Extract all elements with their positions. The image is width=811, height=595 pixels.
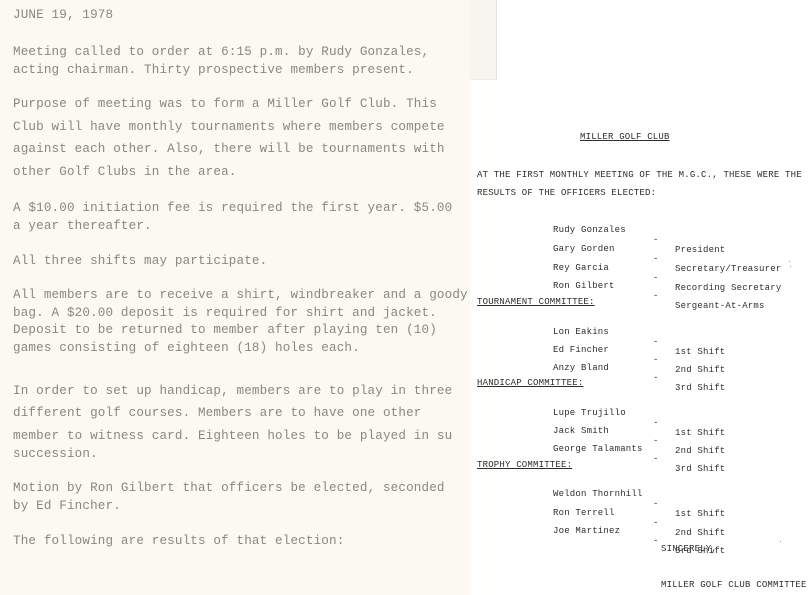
- committee-heading-handicap: HANDICAP COMMITTEE:: [477, 378, 583, 388]
- member-shift: 1st Shift: [675, 509, 725, 519]
- minutes-page-edge: [470, 0, 497, 80]
- member-name: Joe Martinez: [553, 526, 620, 536]
- minutes-line: Club will have monthly tournaments where…: [13, 120, 445, 134]
- election-results-page: MILLER GOLF CLUB AT THE FIRST MONTHLY ME…: [497, 0, 811, 595]
- member-shift: 1st Shift: [675, 428, 725, 438]
- member-shift: 1st Shift: [675, 347, 725, 357]
- minutes-line: succession.: [13, 447, 98, 461]
- meeting-minutes-page: JUNE 19, 1978 Meeting called to order at…: [0, 0, 470, 595]
- committee-heading-trophy: TROPHY COMMITTEE:: [477, 460, 572, 470]
- scan-speck: [780, 541, 781, 542]
- officer-row: Ron Gilbert - Sergeant-At-Arms: [553, 271, 587, 321]
- minutes-line: Motion by Ron Gilbert that officers be e…: [13, 481, 445, 495]
- separator: -: [653, 418, 659, 428]
- minutes-line: acting chairman. Thirty prospective memb…: [13, 63, 414, 77]
- minutes-line: A $10.00 initiation fee is required the …: [13, 201, 452, 215]
- member-shift: 3rd Shift: [675, 383, 725, 393]
- separator: -: [653, 235, 659, 245]
- scan-speck: [790, 266, 791, 267]
- results-page-margin: [470, 80, 498, 595]
- minutes-line: by Ed Fincher.: [13, 499, 121, 513]
- minutes-line: Purpose of meeting was to form a Miller …: [13, 97, 437, 111]
- results-intro-line: AT THE FIRST MONTHLY MEETING OF THE M.G.…: [477, 170, 802, 180]
- minutes-line: bag. A $20.00 deposit is required for sh…: [13, 306, 437, 320]
- scanned-documents: JUNE 19, 1978 Meeting called to order at…: [0, 0, 811, 595]
- member-shift: 2nd Shift: [675, 528, 725, 538]
- separator: -: [653, 337, 659, 347]
- minutes-line: Meeting called to order at 6:15 p.m. by …: [13, 45, 429, 59]
- scan-speck: [789, 261, 790, 262]
- minutes-line: other Golf Clubs in the area.: [13, 165, 237, 179]
- officer-role: Sergeant-At-Arms: [675, 301, 765, 311]
- minutes-line: The following are results of that electi…: [13, 534, 344, 548]
- member-name: George Talamants: [553, 444, 643, 454]
- signature: MILLER GOLF CLUB COMMITTEE: [661, 580, 807, 590]
- separator: -: [653, 291, 659, 301]
- minutes-line: different golf courses. Members are to h…: [13, 406, 422, 420]
- member-shift: 2nd Shift: [675, 365, 725, 375]
- minutes-line: a year thereafter.: [13, 219, 152, 233]
- separator: -: [653, 355, 659, 365]
- minutes-line: against each other. Also, there will be …: [13, 142, 445, 156]
- separator: -: [653, 436, 659, 446]
- officer-role: President: [675, 245, 725, 255]
- closing: SINCERELY,: [661, 544, 717, 554]
- member-shift: 3rd Shift: [675, 464, 725, 474]
- separator: -: [653, 254, 659, 264]
- separator: -: [653, 499, 659, 509]
- results-intro-line: RESULTS OF THE OFFICERS ELECTED:: [477, 188, 656, 198]
- officer-name: Ron Gilbert: [553, 281, 615, 291]
- separator: -: [653, 373, 659, 383]
- officer-role: Recording Secretary: [675, 283, 781, 293]
- results-title: MILLER GOLF CLUB: [580, 132, 670, 142]
- separator: -: [653, 536, 659, 546]
- minutes-line: In order to set up handicap, members are…: [13, 384, 452, 398]
- minutes-date: JUNE 19, 1978: [13, 8, 113, 22]
- separator: -: [653, 518, 659, 528]
- minutes-line: games consisting of eighteen (18) holes …: [13, 341, 360, 355]
- officer-role: Secretary/Treasurer: [675, 264, 781, 274]
- minutes-line: All three shifts may participate.: [13, 254, 267, 268]
- committee-heading-tournament: TOURNAMENT COMMITTEE:: [477, 297, 595, 307]
- minutes-line: All members are to receive a shirt, wind…: [13, 288, 468, 302]
- minutes-line: Deposit to be returned to member after p…: [13, 323, 437, 337]
- committee-member-row: George Talamants - 3rd Shift: [553, 434, 587, 484]
- minutes-line: member to witness card. Eighteen holes t…: [13, 429, 452, 443]
- member-shift: 2nd Shift: [675, 446, 725, 456]
- member-name: Anzy Bland: [553, 363, 609, 373]
- separator: -: [653, 454, 659, 464]
- committee-member-row: Joe Martinez - 3rd Shift: [553, 516, 587, 566]
- separator: -: [653, 273, 659, 283]
